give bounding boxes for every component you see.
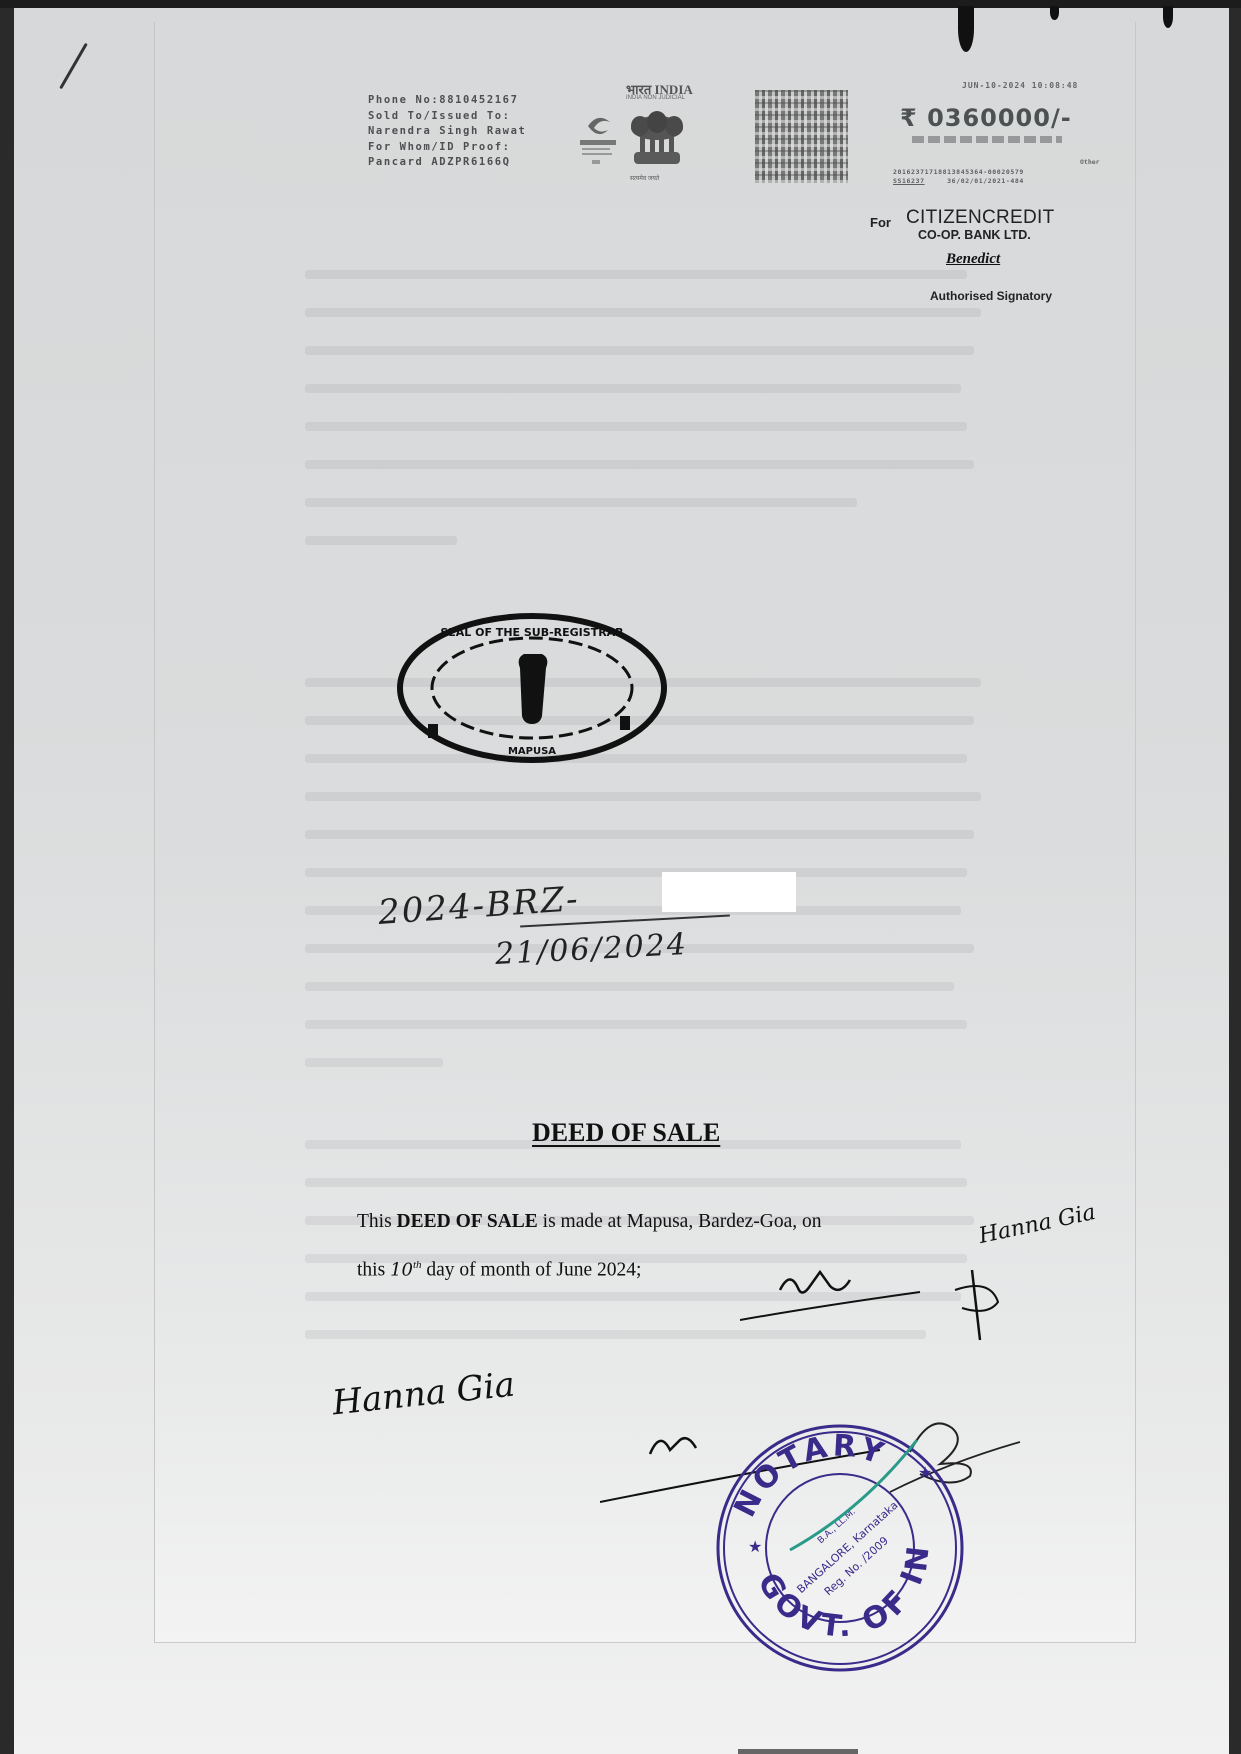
sub-registrar-seal: SEAL OF THE SUB-REGISTRAR MAPUSA [392,606,672,776]
rupee-icon: ₹ [900,104,918,132]
handwritten-day: 10 [390,1260,413,1281]
svg-text:★: ★ [918,1465,932,1482]
svg-text:NOTARY: NOTARY [727,1428,891,1522]
bank-name: CITIZENCREDIT [906,207,1055,229]
stamp-issue-details: Phone No:8810452167 Sold To/Issued To: N… [368,93,526,171]
deed-intro-line: This DEED OF SALE is made at Mapusa, Bar… [357,1211,822,1233]
ink-drip [1163,6,1173,28]
bank-for-label: For [870,215,891,230]
stamp-other-label: Other [1080,158,1100,166]
certificate-line: 2016237171881384536​4-00020579 [893,168,1024,177]
issue-line: Sold To/Issued To: [368,109,526,125]
issue-line: Narendra Singh Rawat [368,124,526,140]
stamp-certificate-number: 2016237171881384536​4-00020579 SS16237 3… [893,168,1024,186]
deed-title: DEED OF SALE [532,1118,720,1148]
signature-scribble [740,1250,1040,1350]
amount-in-words [912,136,1062,143]
bank-name-line-2: CO-OP. BANK LTD. [918,228,1031,242]
day-suffix: th [413,1259,422,1271]
bank-signature: Benedict [946,251,1000,268]
bleed-through-text [305,270,995,574]
notary-seal: NOTARY GOVT. OF INDIA ★ ★ B.A., LL.M. BA… [712,1420,968,1676]
ink-drip [1050,6,1059,20]
deed-date-line: this 10th day of month of June 2024; [357,1259,641,1282]
emblem-subtitle: INDIA NON JUDICIAL [626,95,685,101]
qr-code [755,90,848,183]
svg-text:SEAL OF THE SUB-REGISTRAR: SEAL OF THE SUB-REGISTRAR [440,626,624,639]
national-emblem-icon [626,108,688,172]
issue-line: For Whom/ID Proof: [368,140,526,156]
scan-bottom-tab [738,1749,858,1754]
stamp-datetime: JUN-10-2024 10:08:48 [962,81,1078,90]
svg-text:MAPUSA: MAPUSA [508,746,556,757]
redaction-box [662,872,796,912]
certificate-prefix: SS16237 [893,177,925,185]
certificate-suffix: 36/02/01/2021-484 [947,177,1024,185]
svg-text:★: ★ [748,1539,762,1556]
issue-line: Pancard ADZPR6166Q [368,155,526,171]
emblem-block: भारत INDIA INDIA NON JUDICIAL सत्यमेव जय… [568,78,718,196]
certificate-line: SS16237 36/02/01/2021-484 [893,177,1024,186]
emblem-caption: सत्यमेव जयते [630,174,659,182]
ink-drip [958,6,974,52]
amount-value: 0360000/- [927,104,1072,132]
deed-name-bold: DEED OF SALE [397,1211,538,1232]
issue-line: Phone No:8810452167 [368,93,526,109]
shcil-logo-icon [578,108,618,168]
stamp-amount: ₹ 0360000/- [900,104,1072,132]
